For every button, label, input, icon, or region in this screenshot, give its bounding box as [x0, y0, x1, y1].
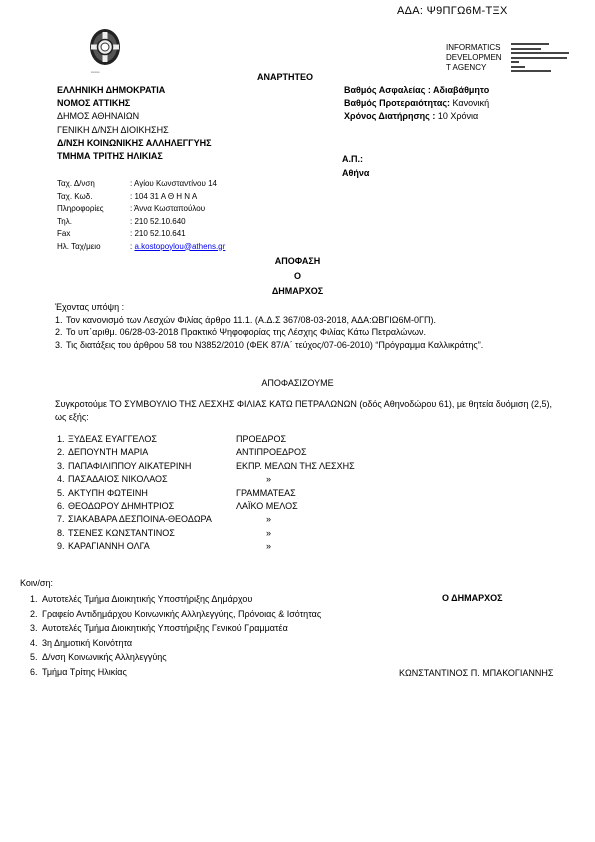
member-row: 1.ΞΥΔΕΑΣ ΕΥΑΓΓΕΛΟΣΠΡΟΕΔΡΟΣ: [57, 433, 355, 446]
authority-line: ΔΗΜΟΣ ΑΘΗΝΑΙΩΝ: [57, 110, 211, 123]
member-row: 9.ΚΑΡΑΓΙΑΝΝΗ ΟΛΓΑ»: [57, 540, 355, 553]
authority-line: Δ/ΝΣΗ ΚΟΙΝΩΝΙΚΗΣ ΑΛΛΗΛΕΓΓΥΗΣ: [57, 137, 211, 150]
contact-row-address: Ταχ. Δ/νση: Αγίου Κωνσταντίνου 14: [57, 178, 225, 191]
contact-details: Ταχ. Δ/νση: Αγίου Κωνσταντίνου 14 Ταχ. Κ…: [57, 178, 225, 253]
list-item: 3.Τις διατάξεις του άρθρου 58 του Ν3852/…: [55, 339, 566, 352]
signatory-title: Ο ΔΗΜΑΡΧΟΣ: [442, 593, 503, 603]
distribution-list: 1.Αυτοτελές Τμήμα Διοικητικής Υποστήριξη…: [30, 592, 321, 680]
decision-title-mayor: ΔΗΜΑΡΧΟΣ: [0, 286, 595, 296]
posting-label: ΑΝΑΡΤΗΤΕΟ: [257, 72, 313, 82]
retention-period: Χρόνος Διατήρησης : 10 Χρόνια: [344, 110, 489, 123]
authority-line: ΝΟΜΟΣ ΑΤΤΙΚΗΣ: [57, 97, 211, 110]
email-link[interactable]: a.kostopoylou@athens.gr: [134, 242, 225, 251]
council-members: 1.ΞΥΔΕΑΣ ΕΥΑΓΓΕΛΟΣΠΡΟΕΔΡΟΣ 2.ΔΕΠΟΥΝΤΗ ΜΑ…: [57, 433, 355, 554]
list-item: 1.Τον κανονισμό των Λεσχών Φιλίας άρθρο …: [55, 314, 566, 327]
member-row: 5.ΑΚΤΥΠΗ ΦΩΤΕΙΝΗΓΡΑΜΜΑΤΕΑΣ: [57, 487, 355, 500]
issuing-authority: ΕΛΛΗΝΙΚΗ ΔΗΜΟΚΡΑΤΙΑ ΝΟΜΟΣ ΑΤΤΙΚΗΣ ΔΗΜΟΣ …: [57, 84, 211, 163]
digital-signature-block: [511, 43, 571, 75]
emblem-caption: ▪▪▪▪▪▪▪▪: [91, 70, 100, 74]
agency-line-1: INFORMATICS: [446, 43, 502, 53]
member-row: 6.ΘΕΟΔΩΡΟΥ ΔΗΜΗΤΡΙΟΣΛΑΪΚΟ ΜΕΛΟΣ: [57, 500, 355, 513]
emblem-logo: [88, 28, 122, 68]
agency-label: INFORMATICS DEVELOPMEN T AGENCY: [446, 43, 502, 73]
decision-text: Συγκροτούμε ΤΟ ΣΥΜΒΟΥΛΙΟ ΤΗΣ ΛΕΣΧΗΣ ΦΙΛΙ…: [55, 398, 565, 424]
decision-title-article: Ο: [0, 271, 595, 281]
place: Αθήνα: [342, 166, 369, 180]
authority-line: ΓΕΝΙΚΗ Δ/ΝΣΗ ΔΙΟΙΚΗΣΗΣ: [57, 124, 211, 137]
contact-row-phone: Τηλ.: 210 52.10.640: [57, 216, 225, 229]
member-row: 2.ΔΕΠΟΥΝΤΗ ΜΑΡΙΑΑΝΤΙΠΡΟΕΔΡΟΣ: [57, 446, 355, 459]
classification-block: Βαθμός Ασφαλείας : Αδιαβάθμητο Βαθμός Πρ…: [344, 84, 489, 124]
agency-line-3: T AGENCY: [446, 63, 502, 73]
contact-row-postcode: Ταχ. Κωδ.: 104 31 Α Θ Η Ν Α: [57, 191, 225, 204]
member-row: 3.ΠΑΠΑΦΙΛΙΠΠΟΥ ΑΙΚΑΤΕΡΙΝΗΕΚΠΡ. ΜΕΛΩΝ ΤΗΣ…: [57, 460, 355, 473]
authority-line: ΤΜΗΜΑ ΤΡΙΤΗΣ ΗΛΙΚΙΑΣ: [57, 150, 211, 163]
authority-line: ΕΛΛΗΝΙΚΗ ΔΗΜΟΚΡΑΤΙΑ: [57, 84, 211, 97]
considering-intro: Έχοντας υπόψη :: [55, 301, 566, 314]
list-item: 5.Δ/νση Κοινωνικής Αλληλεγγύης: [30, 650, 321, 665]
list-item: 3.Αυτοτελές Τμήμα Διοικητικής Υποστήριξη…: [30, 621, 321, 636]
decide-title: ΑΠΟΦΑΣΙΖΟΥΜΕ: [0, 378, 595, 388]
considering-list: 1.Τον κανονισμό των Λεσχών Φιλίας άρθρο …: [55, 314, 566, 352]
security-level: Βαθμός Ασφαλείας : Αδιαβάθμητο: [344, 84, 489, 97]
member-row: 7.ΣΙΑΚΑΒΑΡΑ ΔΕΣΠΟΙΝΑ-ΘΕΟΔΩΡΑ»: [57, 513, 355, 526]
list-item: 2.Γραφείο Αντιδημάρχου Κοινωνικής Αλληλε…: [30, 607, 321, 622]
contact-row-info: Πληροφορίες: Άννα Κωσταπούλου: [57, 203, 225, 216]
decision-title: ΑΠΟΦΑΣΗ: [0, 256, 595, 266]
emblem-icon: [88, 28, 122, 68]
considering-section: Έχοντας υπόψη : 1.Τον κανονισμό των Λεσχ…: [55, 301, 566, 351]
list-item: 1.Αυτοτελές Τμήμα Διοικητικής Υποστήριξη…: [30, 592, 321, 607]
distribution-label: Κοιν/ση:: [20, 578, 53, 588]
member-row: 8.ΤΣΕΝΕΣ ΚΩΝΣΤΑΝΤΙΝΟΣ»: [57, 527, 355, 540]
list-item: 4.3η Δημοτική Κοινότητα: [30, 636, 321, 651]
contact-row-fax: Fax: 210 52.10.641: [57, 228, 225, 241]
protocol-block: Α.Π.: Αθήνα: [342, 152, 369, 180]
priority-level: Βαθμός Προτεραιότητας: Κανονική: [344, 97, 489, 110]
signatory-name: ΚΩΝΣΤΑΝΤΙΝΟΣ Π. ΜΠΑΚΟΓΙΑΝΝΗΣ: [399, 668, 553, 678]
list-item: 2.Το υπ΄αριθμ. 06/28-03-2018 Πρακτικό Ψη…: [55, 326, 566, 339]
agency-line-2: DEVELOPMEN: [446, 53, 502, 63]
protocol-number-label: Α.Π.:: [342, 152, 369, 166]
contact-row-email: Ηλ. Ταχ/μειο: a.kostopoylou@athens.gr: [57, 241, 225, 254]
member-row: 4.ΠΑΣΑΔΑΙΟΣ ΝΙΚΟΛΑΟΣ»: [57, 473, 355, 486]
list-item: 6.Τμήμα Τρίτης Ηλικίας: [30, 665, 321, 680]
ada-code: ΑΔΑ: Ψ9ΠΓΩ6Μ-ΤΞΧ: [397, 5, 508, 17]
